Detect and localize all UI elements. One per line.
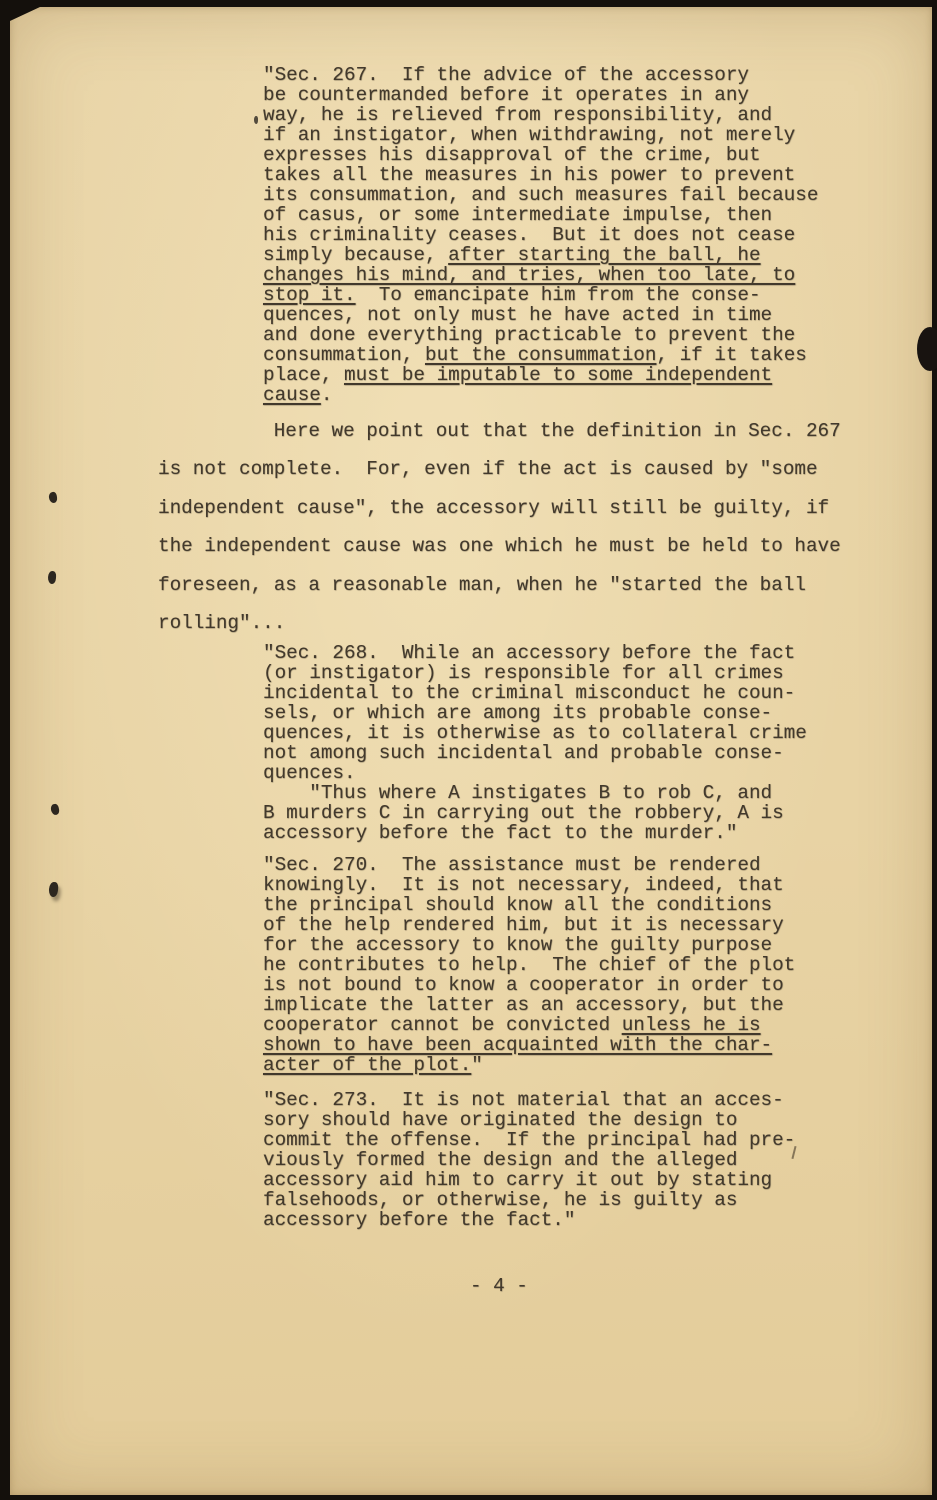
text-line: be countermanded before it operates in a… xyxy=(263,85,818,105)
text-line: his criminality ceases. But it does not … xyxy=(263,225,818,245)
text-line: independent cause", the accessory will s… xyxy=(158,489,841,527)
text-line: quences. xyxy=(263,763,807,783)
text-line: takes all the measures in his power to p… xyxy=(263,165,818,185)
text-line: implicate the latter as an accessory, bu… xyxy=(263,995,795,1015)
text-line: the independent cause was one which he m… xyxy=(158,527,841,565)
text-line: not among such incidental and probable c… xyxy=(263,743,807,763)
text-line: B murders C in carrying out the robbery,… xyxy=(263,803,807,823)
text-line: falsehoods, or otherwise, he is guilty a… xyxy=(263,1190,795,1210)
text-line: cause. xyxy=(263,385,818,405)
text-line: the principal should know all the condit… xyxy=(263,895,795,915)
text-line: its consummation, and such measures fail… xyxy=(263,185,818,205)
page-number: - 4 - xyxy=(470,1276,528,1296)
text-line: knowingly. It is not necessary, indeed, … xyxy=(263,875,795,895)
text-line: incidental to the criminal misconduct he… xyxy=(263,683,807,703)
text-line: of the help rendered him, but it is nece… xyxy=(263,915,795,935)
text-line: quences, it is otherwise as to collatera… xyxy=(263,723,807,743)
text-line: rolling"... xyxy=(158,604,841,642)
text-line: Here we point out that the definition in… xyxy=(158,412,841,450)
text-line: accessory before the fact to the murder.… xyxy=(263,823,807,843)
text-line: place, must be imputable to some indepen… xyxy=(263,365,818,385)
text-line: sory should have originated the design t… xyxy=(263,1110,795,1130)
quote-sec-268: "Sec. 268. While an accessory before the… xyxy=(263,643,807,843)
text-line: way, he is relieved from responsibility,… xyxy=(263,105,818,125)
text-line: is not bound to know a cooperator in ord… xyxy=(263,975,795,995)
text-line: accessory aid him to carry it out by sta… xyxy=(263,1170,795,1190)
text-line: accessory before the fact." xyxy=(263,1210,795,1230)
text-line: simply because, after starting the ball,… xyxy=(263,245,818,265)
quote-sec-267: "Sec. 267. If the advice of the accessor… xyxy=(263,65,818,405)
stray-ink-mark xyxy=(254,116,258,124)
text-line: expresses his disapproval of the crime, … xyxy=(263,145,818,165)
text-line: of casus, or some intermediate impulse, … xyxy=(263,205,818,225)
page-edge-shadow-blob xyxy=(917,327,937,371)
quote-sec-273: "Sec. 273. It is not material that an ac… xyxy=(263,1090,795,1230)
text-line: "Sec. 270. The assistance must be render… xyxy=(263,855,795,875)
commentary-paragraph: Here we point out that the definition in… xyxy=(158,412,841,642)
text-line: if an instigator, when withdrawing, not … xyxy=(263,125,818,145)
text-line: shown to have been acquainted with the c… xyxy=(263,1035,795,1055)
text-line: sels, or which are among its probable co… xyxy=(263,703,807,723)
text-line: (or instigator) is responsible for all c… xyxy=(263,663,807,683)
text-line: for the accessory to know the guilty pur… xyxy=(263,935,795,955)
text-line: "Sec. 273. It is not material that an ac… xyxy=(263,1090,795,1110)
text-line: commit the offense. If the principal had… xyxy=(263,1130,795,1150)
text-line: quences, not only must he have acted in … xyxy=(263,305,818,325)
quote-sec-270: "Sec. 270. The assistance must be render… xyxy=(263,855,795,1075)
text-line: "Sec. 268. While an accessory before the… xyxy=(263,643,807,663)
text-line: is not complete. For, even if the act is… xyxy=(158,450,841,488)
margin-ink-dot xyxy=(48,491,57,503)
text-line: he contributes to help. The chief of the… xyxy=(263,955,795,975)
text-line: cooperator cannot be convicted unless he… xyxy=(263,1015,795,1035)
text-line: consummation, but the consummation, if i… xyxy=(263,345,818,365)
text-line: acter of the plot." xyxy=(263,1055,795,1075)
text-line: "Thus where A instigates B to rob C, and xyxy=(263,783,807,803)
text-line: changes his mind, and tries, when too la… xyxy=(263,265,818,285)
text-line: viously formed the design and the allege… xyxy=(263,1150,795,1170)
text-line: foreseen, as a reasonable man, when he "… xyxy=(158,566,841,604)
text-line: "Sec. 267. If the advice of the accessor… xyxy=(263,65,818,85)
text-line: and done everything practicable to preve… xyxy=(263,325,818,345)
text-line: stop it. To emancipate him from the cons… xyxy=(263,285,818,305)
